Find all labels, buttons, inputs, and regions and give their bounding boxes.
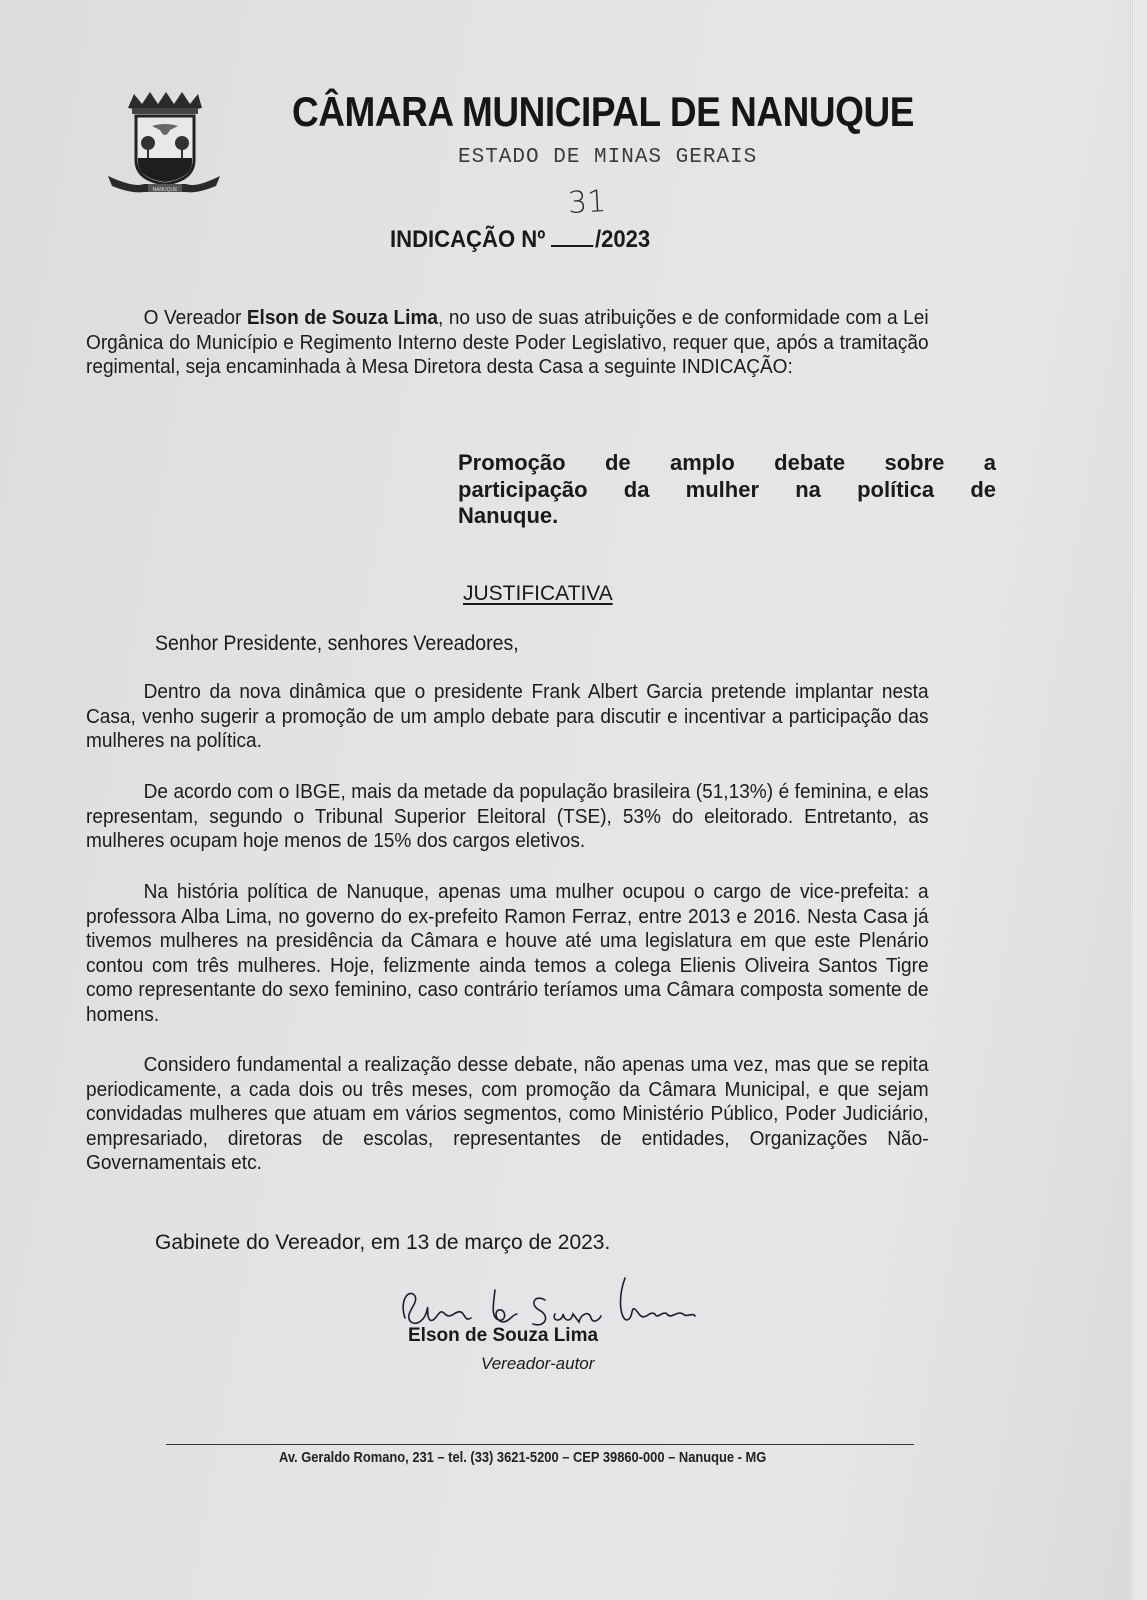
salutation: Senhor Presidente, senhores Vereadores, bbox=[155, 632, 519, 656]
footer-divider bbox=[166, 1444, 914, 1445]
svg-text:NANUQUE: NANUQUE bbox=[152, 187, 178, 193]
intro-paragraph: O Vereador Elson de Souza Lima, no uso d… bbox=[86, 306, 929, 380]
indication-prefix: INDICAÇÃO Nº bbox=[390, 226, 545, 253]
signer-name: Elson de Souza Lima bbox=[408, 1325, 598, 1347]
body-paragraph: De acordo com o IBGE, mais da metade da … bbox=[86, 780, 929, 854]
state-subtitle: ESTADO DE MINAS GERAIS bbox=[458, 146, 757, 169]
indication-year: /2023 bbox=[595, 226, 650, 253]
signer-role: Vereador-autor bbox=[481, 1354, 594, 1374]
body-paragraph: Dentro da nova dinâmica que o presidente… bbox=[86, 680, 929, 754]
institution-title: CÂMARA MUNICIPAL DE NANUQUE bbox=[292, 88, 914, 136]
page-background-edge bbox=[1133, 0, 1147, 1600]
body-paragraph: Considero fundamental a realização desse… bbox=[86, 1053, 929, 1176]
councilman-name: Elson de Souza Lima bbox=[247, 306, 438, 329]
date-line: Gabinete do Vereador, em 13 de março de … bbox=[155, 1231, 610, 1255]
handwritten-indication-number: 31 bbox=[567, 184, 607, 221]
indication-subject: Promoção de amplo debate sobre a partici… bbox=[458, 450, 996, 530]
justification-heading: JUSTIFICATIVA bbox=[463, 582, 613, 606]
body-paragraph: Na história política de Nanuque, apenas … bbox=[86, 880, 929, 1027]
page-fold-line bbox=[1130, 0, 1133, 1600]
municipal-coat-of-arms-icon: NANUQUE bbox=[104, 88, 222, 198]
footer-address: Av. Geraldo Romano, 231 – tel. (33) 3621… bbox=[279, 1449, 766, 1466]
indication-heading: INDICAÇÃO Nº/2023 bbox=[390, 226, 650, 254]
number-blank-line bbox=[551, 227, 593, 247]
